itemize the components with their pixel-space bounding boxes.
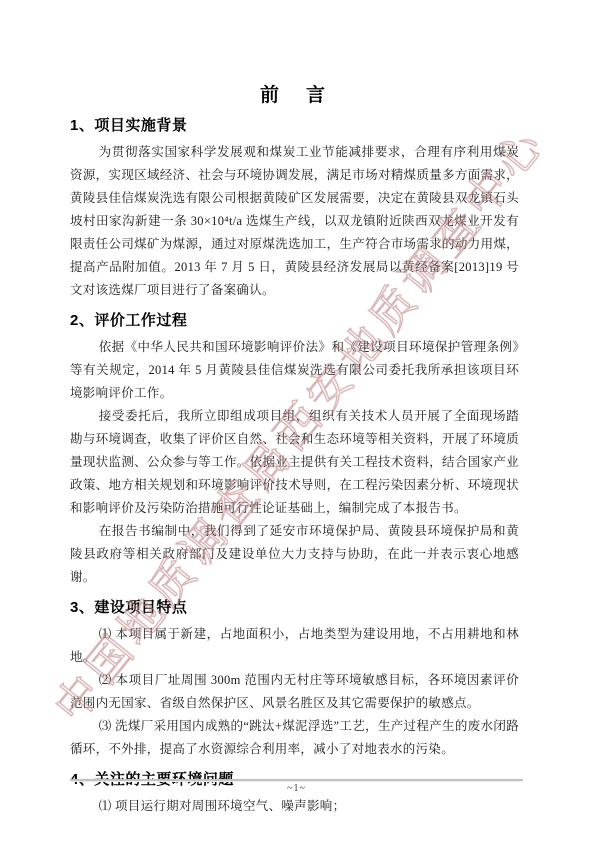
body-paragraph: 在报告书编制中，我们得到了延安市环境保护局、黄陵县环境保护局和黄陵县政府等相关政… bbox=[70, 520, 519, 589]
body-paragraph: 依据《中华人民共和国环境影响评价法》和《建设项目环境保护管理条例》等有关规定，2… bbox=[70, 336, 519, 405]
body-paragraph: ⑴ 项目运行期对周围环境空气、噪声影响； bbox=[70, 795, 519, 818]
document-page: 中国地质调查局西安地质调查中心 前 言 1、项目实施背景 为贯彻落实国家科学发展… bbox=[0, 0, 595, 842]
section-heading-2: 2、评价工作过程 bbox=[70, 310, 519, 331]
section-heading-1: 1、项目实施背景 bbox=[70, 115, 519, 136]
page-footer: ~1~ bbox=[70, 779, 523, 794]
page-number: ~1~ bbox=[70, 783, 523, 794]
body-paragraph: ⑵ 本项目厂址周围 300m 范围内无村庄等环境敏感目标，各环境因素评价范围内无… bbox=[70, 669, 519, 715]
document-title: 前 言 bbox=[70, 80, 519, 107]
document-content: 前 言 1、项目实施背景 为贯彻落实国家科学发展观和煤炭工业节能减排要求，合理有… bbox=[70, 80, 519, 818]
section-heading-3: 3、建设项目特点 bbox=[70, 597, 519, 618]
body-paragraph: 接受委托后，我所立即组成项目组，组织有关技术人员开展了全面现场踏勘与环境调查，收… bbox=[70, 405, 519, 520]
body-paragraph: ⑴ 本项目属于新建，占地面积小，占地类型为建设用地，不占用耕地和林地。 bbox=[70, 623, 519, 669]
body-paragraph: ⑶ 洗煤厂采用国内成熟的“跳汰+煤泥浮选”工艺，生产过程产生的废水闭路循环，不外… bbox=[70, 715, 519, 761]
body-paragraph: 为贯彻落实国家科学发展观和煤炭工业节能减排要求，合理有序利用煤炭资源，实现区域经… bbox=[70, 141, 519, 302]
footer-divider bbox=[70, 779, 523, 782]
